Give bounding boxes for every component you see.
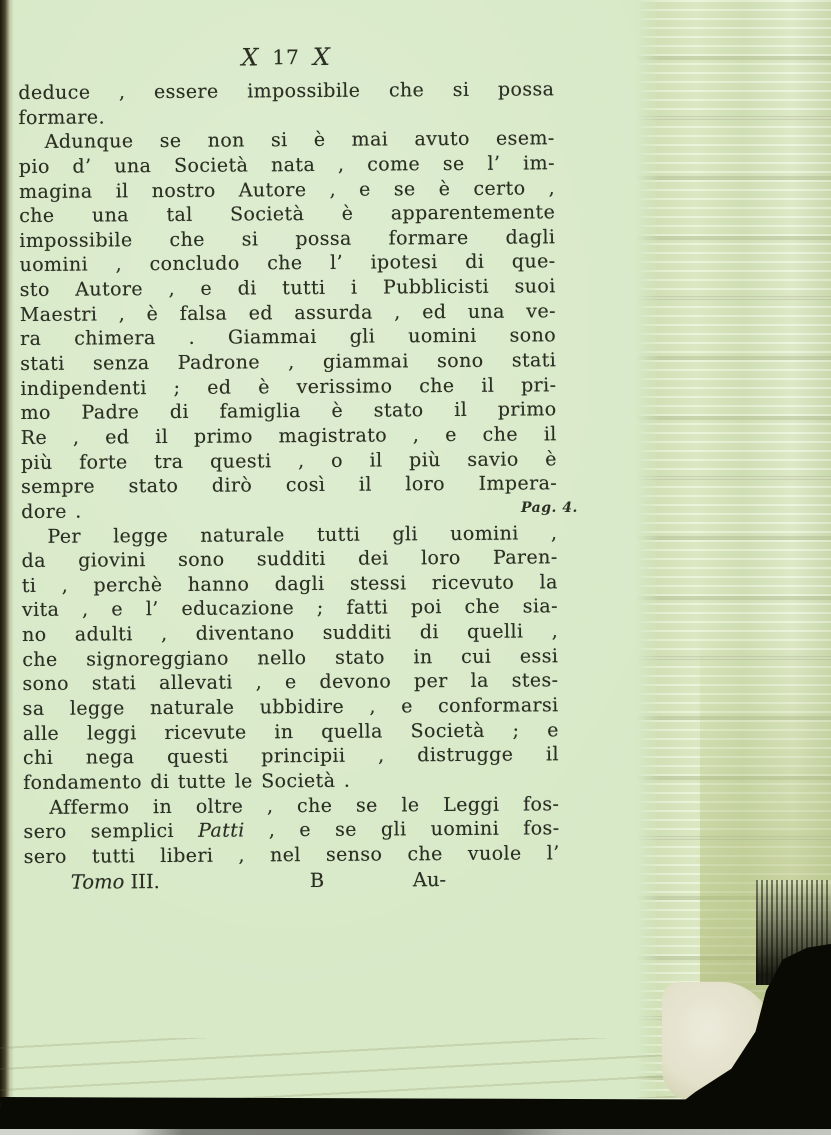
text-line: deduce , essere impossibile che si possa [18,78,554,106]
text-line: più forte tra questi , o il più savio è [21,448,557,476]
signature-mark: B [310,868,325,891]
page-header: X17X [18,40,554,82]
gutter-edge [0,0,14,1102]
header-right-mark: X [313,43,331,71]
text-line: sa legge naturale ubbidire , e conformar… [23,694,559,722]
header-left-mark: X [241,43,259,71]
text-line: indipendenti ; ed è verissimo che il pri… [20,374,556,402]
catchword: Au- [413,868,446,891]
text-line: sempre stato dirò così il loro Impera- [21,472,557,500]
text-line: sto Autore , e di tutti i Pubblicisti su… [20,275,556,303]
scanned-book-page: X17X deduce , essere impossibile che si … [0,0,831,1135]
text-line: uomini , concludo che l’ ipotesi di que- [19,251,555,279]
text-line: impossibile che si possa formare dagli [19,226,555,254]
text-line: dore . [21,497,557,525]
text-line: Re , ed il primo magistrato , e che il [21,423,557,451]
text-line: Maestri , è falsa ed assurda , ed una ve… [20,300,556,328]
page-number: 17 [259,45,313,69]
text-line: sero tutti liberi , nel senso che vuole … [24,842,560,870]
text-line: fondamento di tutte le Società . [23,768,559,796]
text-line: Per legge naturale tutti gli uomini , [21,522,557,550]
text-line: no adulti , diventano sudditi di quelli … [22,620,558,648]
text-line: che una tal Società è apparentemente [19,201,555,229]
text-line: chi nega questi principii , distrugge il [23,744,559,772]
bottom-background-shadow [0,1097,831,1133]
page-text-block: X17X deduce , essere impossibile che si … [18,40,560,895]
text-line: vita , e l’ educazione ; fatti poi che s… [22,596,558,624]
text-line: da giovini sono sudditi dei loro Paren- [22,546,558,574]
text-line: che signoreggiano nello stato in cui ess… [22,645,558,673]
text-line: pio d’ una Società nata , come se l’ im- [19,152,555,180]
text-line: ra chimera . Giammai gli uomini sono [20,325,556,353]
text-line: sero semplici Patti , e se gli uomini fo… [23,817,559,845]
text-line: sono stati allevati , e devono per la st… [22,670,558,698]
text-line: Adunque se non si è mai avuto esem- [19,128,555,156]
text-line: ti , perchè hanno dagli stessi ricevuto … [22,571,558,599]
text-line: mo Padre di famiglia è stato il primo [21,399,557,427]
footer-line: Tomo III. B Au- [24,867,560,896]
text-line: alle leggi ricevute in quella Società ; … [23,719,559,747]
text-line: magina il nostro Autore , e se è certo , [19,177,555,205]
text-lines: deduce , essere impossibile che si possa… [18,78,559,870]
scan-bottom-strip [0,1129,831,1135]
text-line: formare. [18,103,554,131]
margin-note: Pag. 4. [521,500,578,516]
footer-volume: Tomo III. [71,870,160,894]
text-line: stati senza Padrone , giammai sono stati [20,349,556,377]
text-line: Affermo in oltre , che se le Leggi fos- [23,793,559,821]
